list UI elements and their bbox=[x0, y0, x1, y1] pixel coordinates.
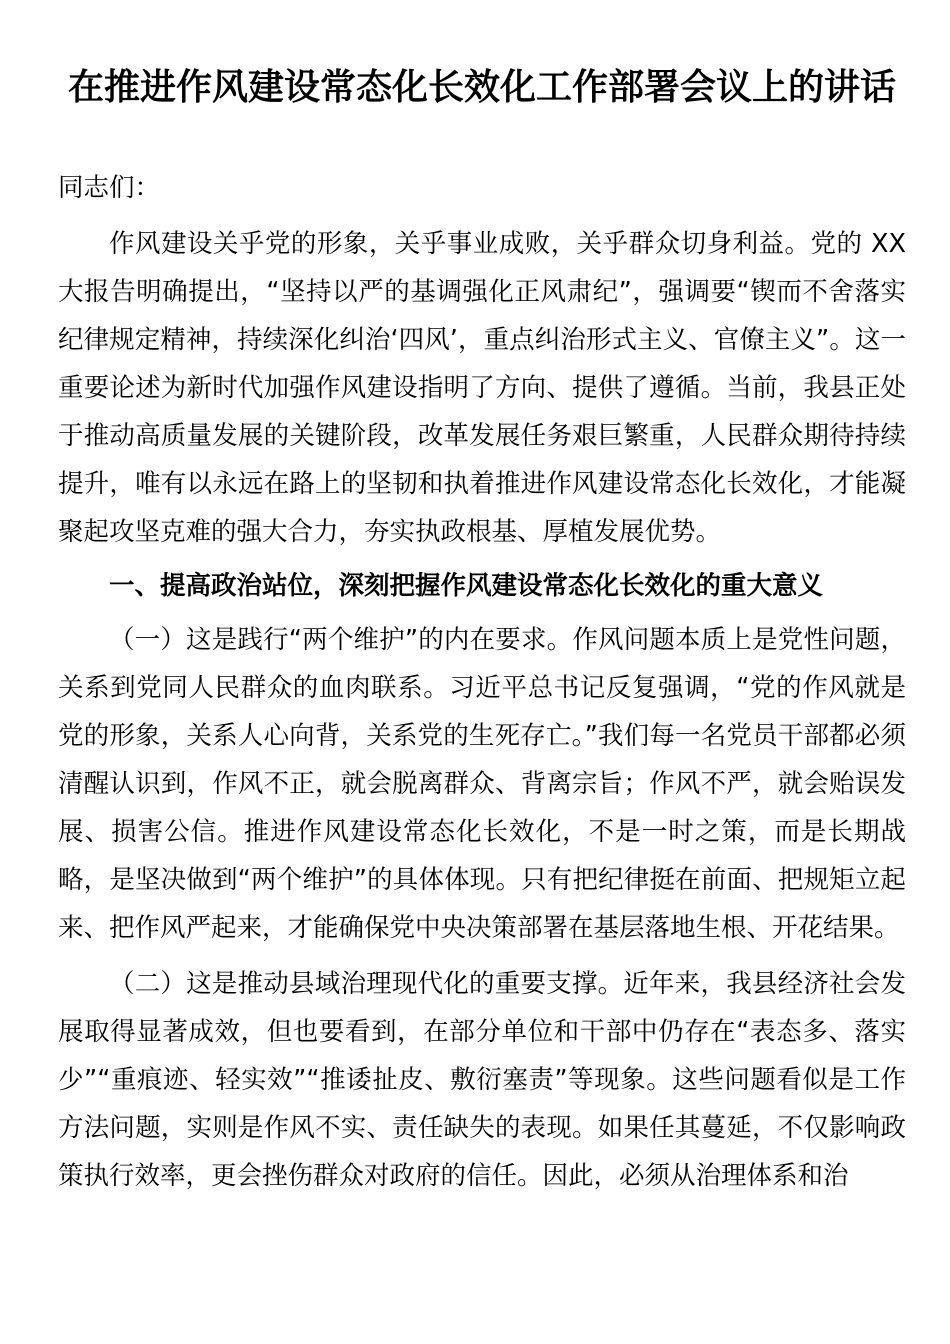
section-heading-1: 一、提高政治站位，深刻把握作风建设常态化长效化的重大意义 bbox=[58, 562, 906, 610]
paragraph-point-1: （一）这是践行“两个维护”的内在要求。作风问题本质上是党性问题，关系到党同人民群… bbox=[58, 616, 906, 952]
greeting-line: 同志们： bbox=[58, 164, 906, 212]
paragraph-intro: 作风建设关乎党的形象，关乎事业成败，关乎群众切身利益。党的 XX 大报告明确提出… bbox=[58, 220, 906, 556]
paragraph-point-2: （二）这是推动县域治理现代化的重要支撑。近年来，我县经济社会发展取得显著成效，但… bbox=[58, 960, 906, 1200]
document-page: 在推进作风建设常态化长效化工作部署会议上的讲话 同志们： 作风建设关乎党的形象，… bbox=[0, 0, 950, 1344]
document-title: 在推进作风建设常态化长效化工作部署会议上的讲话 bbox=[58, 64, 906, 112]
